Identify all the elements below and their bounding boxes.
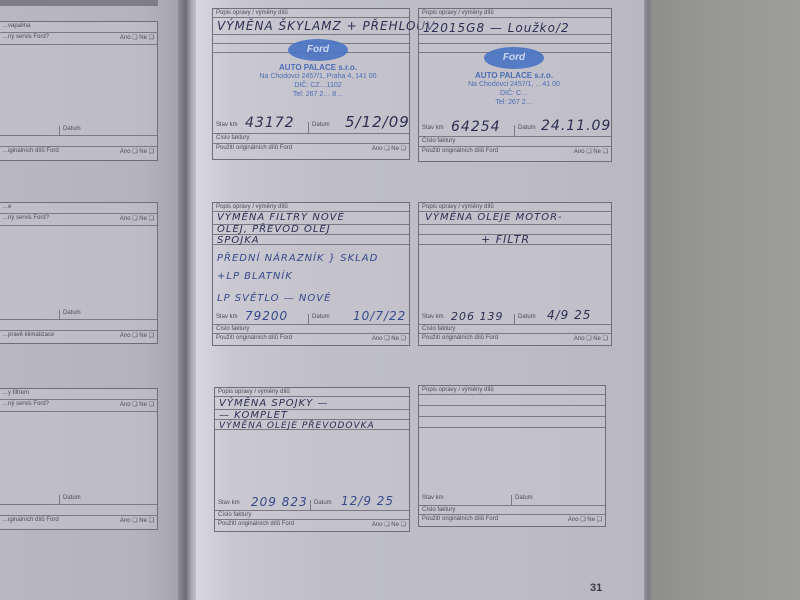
invoice-label: Číslo faktury xyxy=(216,326,249,332)
invoice-label: Číslo faktury xyxy=(422,138,455,144)
date-label: Datum xyxy=(308,314,330,325)
yes-no-checkboxes[interactable]: Ano ❑ Ne ❑ xyxy=(120,215,154,222)
original-parts-label: …iginálních dílů Ford xyxy=(2,517,59,523)
ford-logo-icon: Ford xyxy=(288,39,348,61)
yes-no-checkboxes[interactable]: Ano ❑ Ne ❑ xyxy=(372,521,406,528)
page-edge xyxy=(0,0,158,6)
original-parts-label: …iginálních dílů Ford xyxy=(2,148,59,154)
form-header: …vapalina xyxy=(2,23,30,29)
question-label: …ný servis Ford? xyxy=(2,401,49,407)
handwritten-description: VÝMĚNA ŠKYLAMZ + PŘEHLOUV xyxy=(217,19,435,33)
yes-no-checkboxes[interactable]: Ano ❑ Ne ❑ xyxy=(120,332,154,339)
handwritten-description: 12015G8 — Loužko/2 xyxy=(423,21,570,35)
service-record-6-empty: Popis opravy / výměny dílů Stav kmDatum … xyxy=(418,385,606,527)
yes-no-checkboxes[interactable]: Ano ❑ Ne ❑ xyxy=(120,401,154,408)
mileage-label: Stav km xyxy=(218,500,240,506)
mileage-label: Stav km xyxy=(422,314,444,320)
handwritten-line: VÝMĚNA FILTRY NOVÉ xyxy=(217,212,345,223)
handwritten-line: PŘEDNÍ NÁRAZNÍK } SKLAD xyxy=(217,253,378,264)
service-record-2: Popis opravy / výměny dílů Stav kmDatum … xyxy=(418,8,612,162)
handwritten-line: LP SVĚTLO — NOVÉ xyxy=(217,293,331,304)
question-label: …ný servis Ford? xyxy=(2,34,49,40)
handwritten-line: VÝMĚNA OLEJE PŘEVODOVKA xyxy=(219,421,375,431)
question-label: …ný servis Ford? xyxy=(2,215,49,221)
service-record-5: Popis opravy / výměny dílů Stav kmDatum … xyxy=(214,387,410,532)
yes-no-checkboxes[interactable]: Ano ❑ Ne ❑ xyxy=(574,335,608,342)
description-label: Popis opravy / výměny dílů xyxy=(422,10,494,16)
date-value: 5/12/09 xyxy=(345,113,410,131)
yes-no-checkboxes[interactable]: Ano ❑ Ne ❑ xyxy=(120,517,154,524)
handwritten-line: VÝMĚNA SPOJKY — xyxy=(219,398,328,409)
invoice-label: Číslo faktury xyxy=(216,135,249,141)
ford-logo-icon: Ford xyxy=(484,47,544,69)
date-label: Datum xyxy=(308,122,330,134)
left-service-form-2: …e …ný servis Ford? Ano ❑ Ne ❑ Datum …pr… xyxy=(0,202,158,344)
handwritten-line: SPOJKA xyxy=(217,235,260,246)
invoice-label: Číslo faktury xyxy=(218,512,251,518)
invoice-label: Číslo faktury xyxy=(422,326,455,332)
date-value: 12/9 25 xyxy=(341,494,394,508)
handwritten-line: OLEJ, PŘEVOD OLEJ xyxy=(217,224,331,235)
mileage-label: Stav km xyxy=(422,495,444,501)
page-edge-right xyxy=(644,0,652,600)
service-record-3: Popis opravy / výměny dílů Stav kmDatum … xyxy=(212,202,410,346)
background-surface xyxy=(652,0,800,600)
handwritten-line: — KOMPLET xyxy=(219,410,288,421)
mileage-label: Stav km xyxy=(216,314,238,320)
dealer-stamp: Ford AUTO PALACE s.r.o. Na Chodovci 2457… xyxy=(233,39,403,99)
original-parts-label: Použití originálních dílů Ford xyxy=(422,335,498,341)
date-value: 4/9 25 xyxy=(547,308,591,322)
mileage-value: 209 823 xyxy=(251,495,308,509)
mileage-value: 64254 xyxy=(451,119,501,135)
yes-no-checkboxes[interactable]: Ano ❑ Ne ❑ xyxy=(120,34,154,41)
description-label: Popis opravy / výměny dílů xyxy=(216,10,288,16)
date-label: Datum xyxy=(59,126,81,136)
service-record-1: Popis opravy / výměny dílů Stav kmDatum … xyxy=(212,8,410,160)
page-number: 31 xyxy=(590,582,602,594)
handwritten-line: +LP BLATNÍK xyxy=(217,271,293,282)
mileage-label: Stav km xyxy=(422,125,444,131)
left-service-form-1: …vapalina …ný servis Ford? Ano ❑ Ne ❑ Da… xyxy=(0,21,158,161)
date-label: Datum xyxy=(514,125,536,137)
handwritten-line: VÝMĚNA OLEJE MOTOR- xyxy=(425,212,563,223)
original-parts-label: Použití originálních dílů Ford xyxy=(422,516,498,522)
date-label: Datum xyxy=(59,495,81,505)
service-record-4: Popis opravy / výměny dílů Stav kmDatum … xyxy=(418,202,612,346)
description-label: Popis opravy / výměny dílů xyxy=(422,204,494,210)
yes-no-checkboxes[interactable]: Ano ❑ Ne ❑ xyxy=(568,516,602,523)
date-label: Datum xyxy=(310,500,332,511)
yes-no-checkboxes[interactable]: Ano ❑ Ne ❑ xyxy=(120,148,154,155)
date-label: Datum xyxy=(511,495,533,506)
form-header: …y filtrem xyxy=(2,390,29,396)
dealer-stamp: Ford AUTO PALACE s.r.o. Na Chodovci 2457… xyxy=(429,47,599,107)
left-page: …vapalina …ný servis Ford? Ano ❑ Ne ❑ Da… xyxy=(0,0,178,600)
climate-label: …pravě klimatizace xyxy=(2,332,54,338)
original-parts-label: Použití originálních dílů Ford xyxy=(216,145,292,151)
invoice-label: Číslo faktury xyxy=(422,507,455,513)
date-value: 10/7/22 xyxy=(353,309,406,323)
yes-no-checkboxes[interactable]: Ano ❑ Ne ❑ xyxy=(372,335,406,342)
date-label: Datum xyxy=(514,314,536,325)
form-header: …e xyxy=(2,204,11,210)
yes-no-checkboxes[interactable]: Ano ❑ Ne ❑ xyxy=(574,148,608,155)
mileage-value: 43172 xyxy=(245,115,295,131)
date-value: 24.11.09 xyxy=(541,118,611,134)
yes-no-checkboxes[interactable]: Ano ❑ Ne ❑ xyxy=(372,145,406,152)
mileage-value: 79200 xyxy=(245,309,288,323)
mileage-value: 206 139 xyxy=(451,310,504,323)
mileage-label: Stav km xyxy=(216,122,238,128)
date-label: Datum xyxy=(59,310,81,320)
description-label: Popis opravy / výměny dílů xyxy=(422,387,494,393)
handwritten-line: + FILTR xyxy=(481,233,530,246)
original-parts-label: Použití originálních dílů Ford xyxy=(422,148,498,154)
description-label: Popis opravy / výměny dílů xyxy=(216,204,288,210)
left-service-form-3: …y filtrem …ný servis Ford? Ano ❑ Ne ❑ D… xyxy=(0,388,158,530)
description-label: Popis opravy / výměny dílů xyxy=(218,389,290,395)
original-parts-label: Použití originálních dílů Ford xyxy=(216,335,292,341)
original-parts-label: Použití originálních dílů Ford xyxy=(218,521,294,527)
